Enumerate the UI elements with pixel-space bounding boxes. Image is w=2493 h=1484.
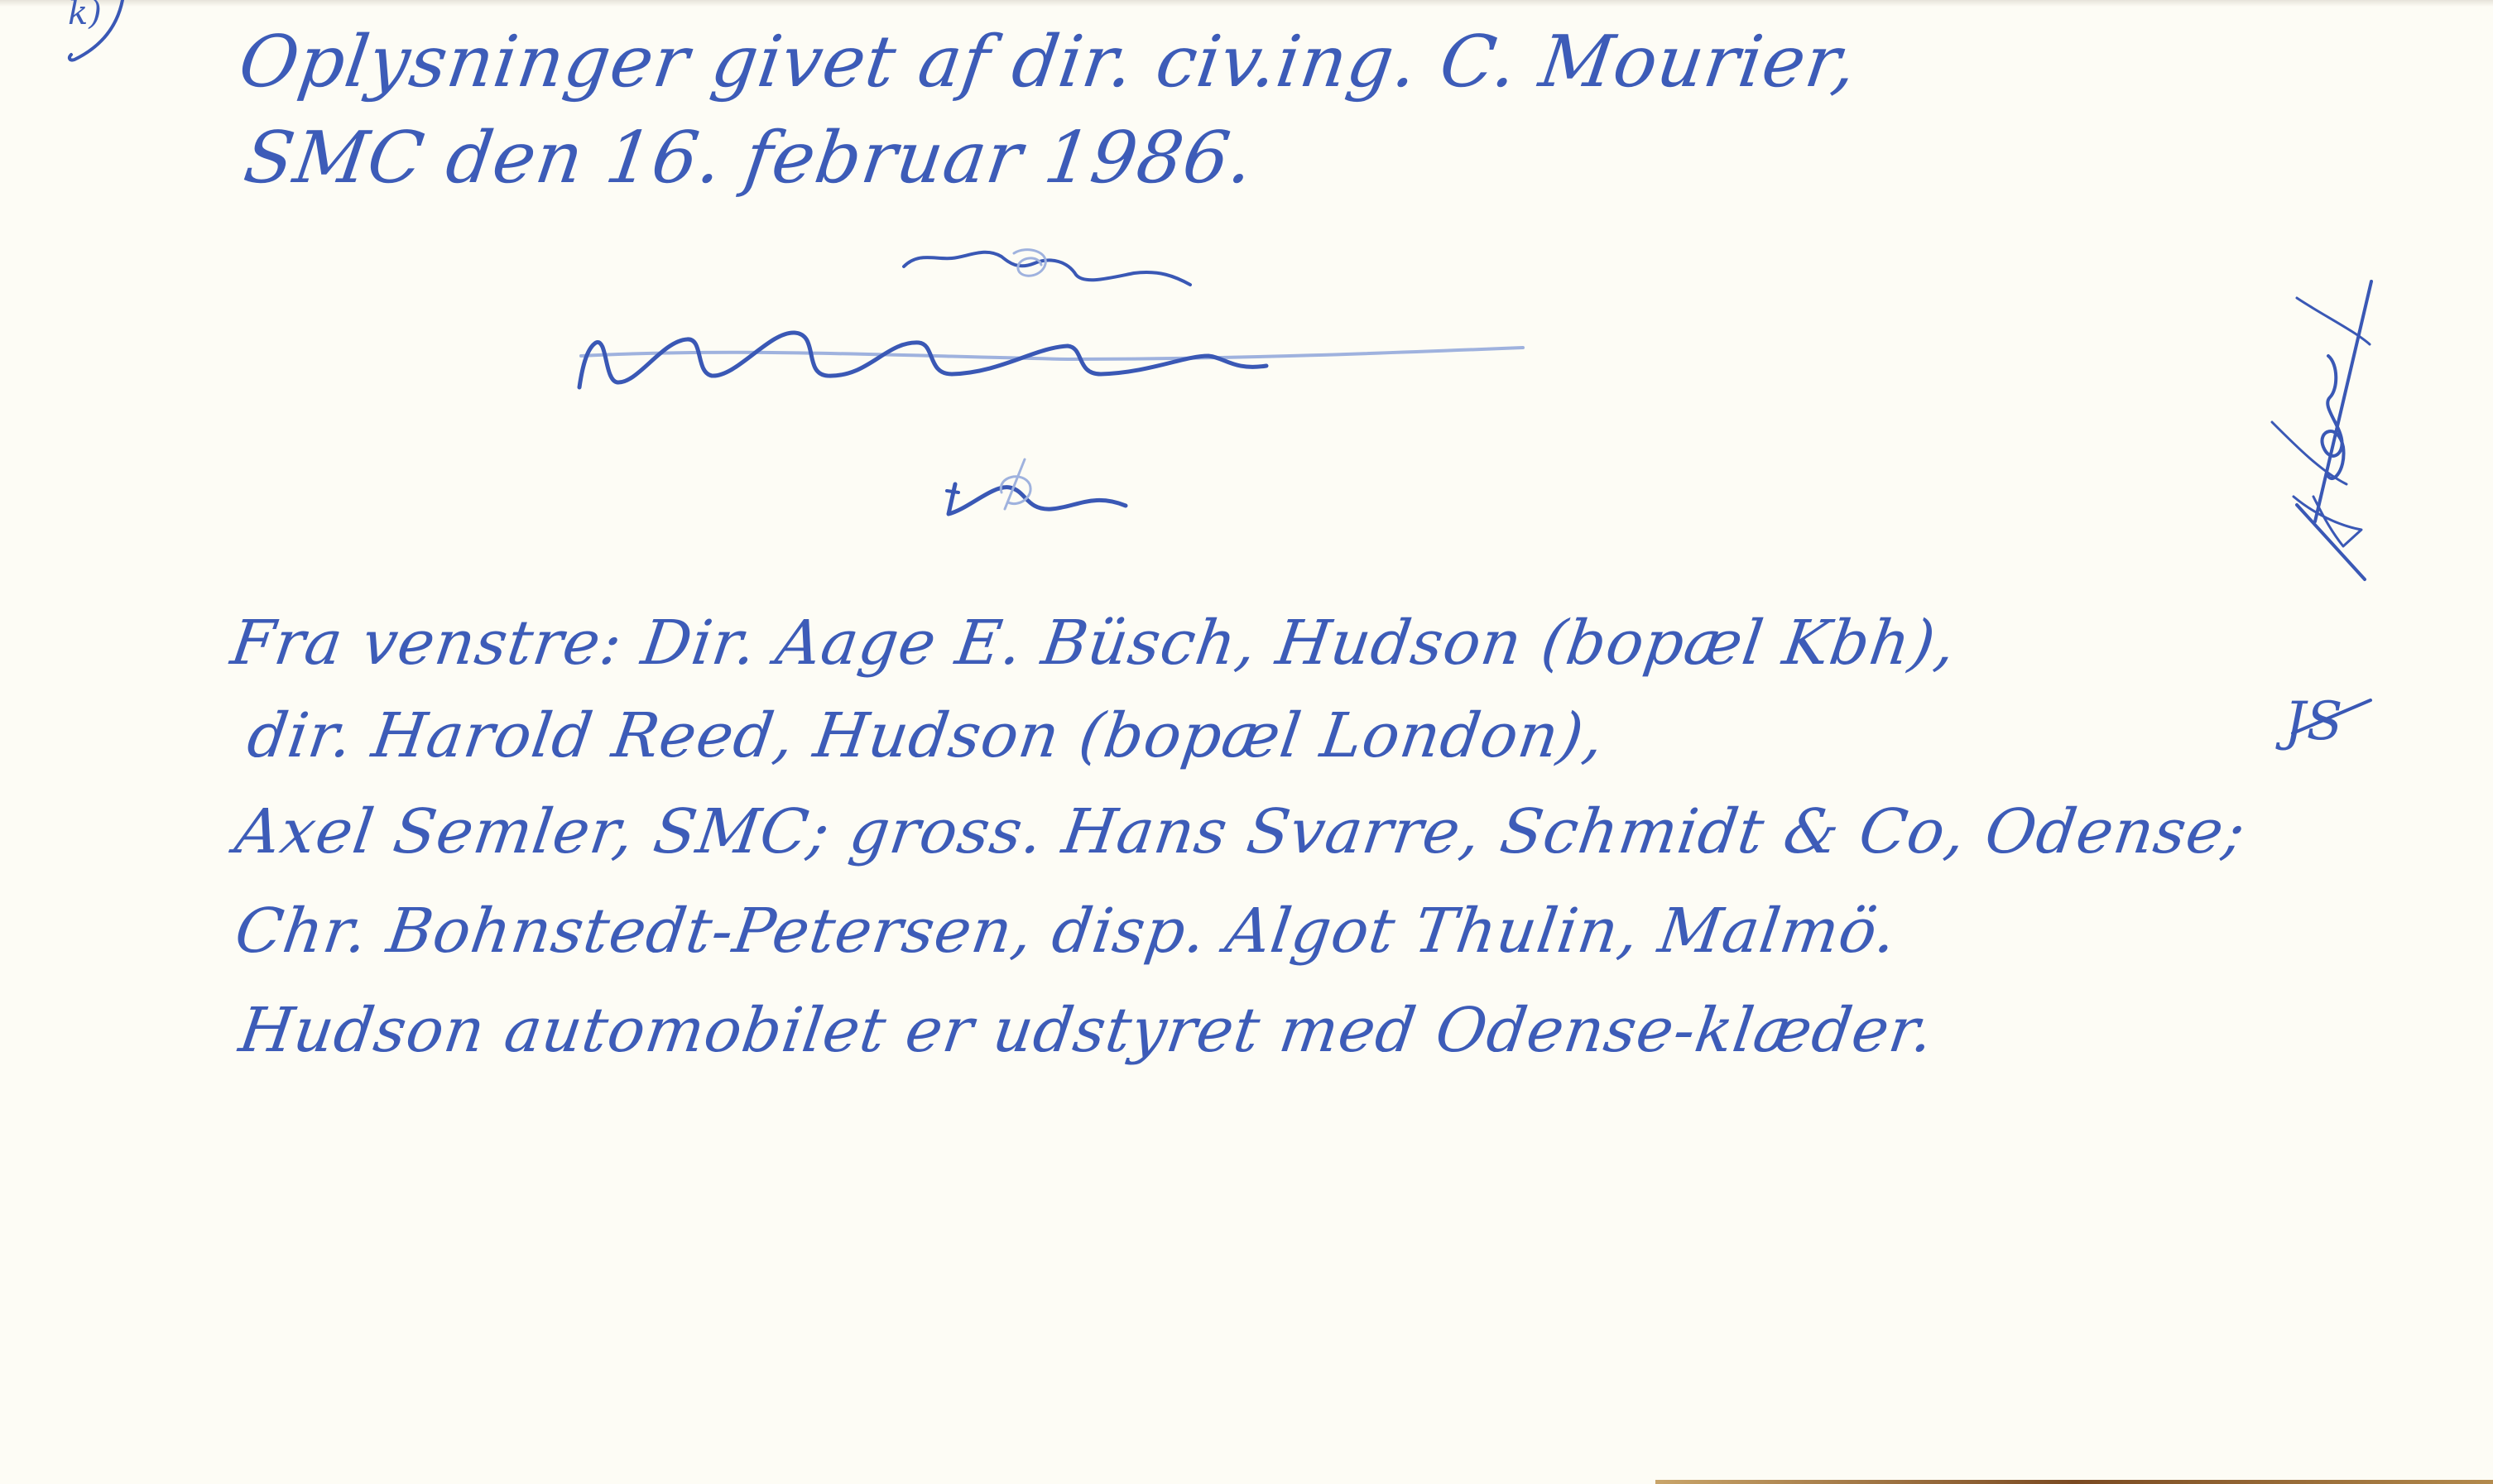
small-crossed-mark-icon	[944, 459, 1142, 526]
photo-back-card: k) Oplysninger givet af dir. civ.ing. C.…	[0, 0, 2493, 1484]
caption-line-2: dir. Harold Reed, Hudson (bopæl London),	[244, 705, 1608, 766]
corner-bracket-icon	[58, 0, 132, 74]
wavy-flourish-long-icon	[571, 323, 1531, 406]
caption-line-3: Axel Semler, SMC; gross. Hans Svarre, Sc…	[232, 801, 2250, 862]
header-line-2: SMC den 16. februar 1986.	[240, 122, 1258, 194]
wavy-flourish-short-icon	[902, 248, 1200, 306]
header-line-1: Oplysninger givet af dir. civ.ing. C. Mo…	[235, 26, 1861, 98]
caption-line-1: Fra venstre: Dir. Aage E. Büsch, Hudson …	[228, 612, 1960, 674]
caption-line-5: Hudson automobilet er udstyret med Odens…	[236, 1000, 1938, 1061]
margin-signature-icon	[2272, 281, 2380, 588]
scan-edge-strip	[1655, 1480, 2493, 1484]
caption-line-4: Chr. Bohnstedt-Petersen, disp. Algot Thu…	[232, 900, 1900, 962]
initials-strike-icon	[2284, 695, 2375, 753]
